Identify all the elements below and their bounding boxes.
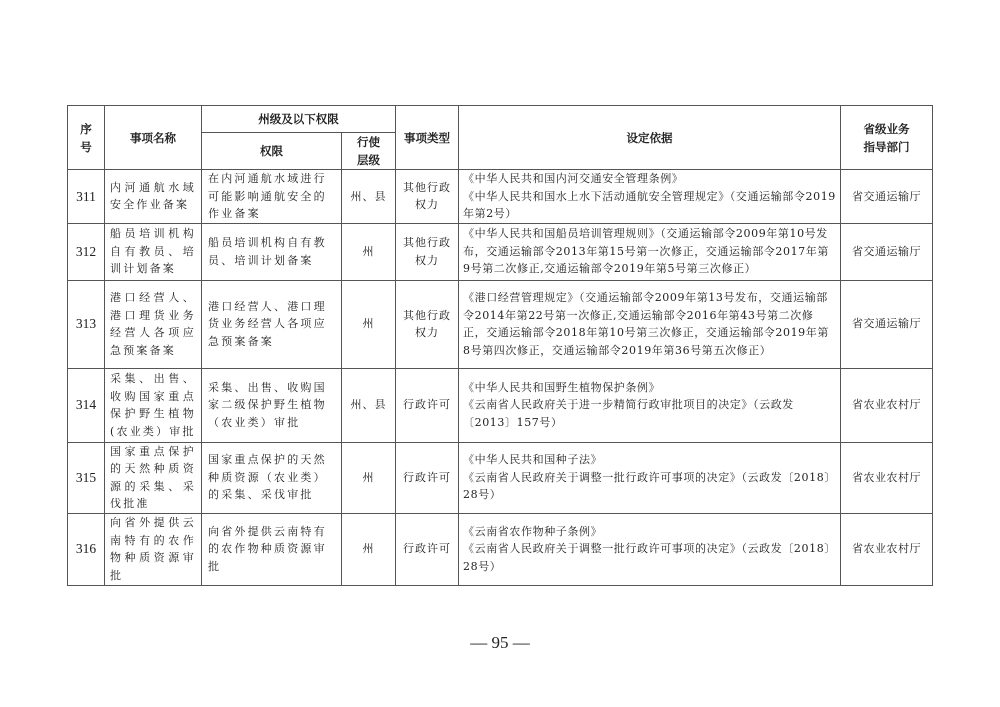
cell-type-line1: 其他行政 (396, 307, 458, 325)
cell-scope: 港口经营人、港口理货业务经营人各项应急预案备案 (202, 280, 342, 368)
table-row: 313 港口经营人、港口理货业务经营人各项应急预案备案 港口经营人、港口理货业务… (68, 280, 933, 368)
cell-type: 其他行政 权力 (396, 170, 459, 224)
header-level: 行使 层级 (342, 133, 396, 170)
cell-basis: 《云南省农作物种子条例》 《云南省人民政府关于调整一批行政许可事项的决定》（云政… (459, 513, 841, 585)
basis-line: 《中华人民共和国内河交通安全管理条例》 (463, 170, 836, 188)
header-dept: 省级业务 指导部门 (841, 106, 933, 170)
cell-basis: 《中华人民共和国内河交通安全管理条例》 《中华人民共和国水上水下活动通航安全管理… (459, 170, 841, 224)
table-row: 314 采集、出售、收购国家重点保护野生植物(农业类）审批 采集、出售、收购国家… (68, 368, 933, 442)
cell-type: 其他行政 权力 (396, 280, 459, 368)
cell-type-line1: 其他行政 (396, 179, 458, 197)
cell-dept: 省交通运输厅 (841, 223, 933, 280)
header-dept-line2: 指导部门 (841, 138, 932, 156)
cell-level: 州 (342, 223, 396, 280)
cell-level: 州 (342, 513, 396, 585)
basis-line: 《云南省农作物种子条例》 (463, 523, 836, 541)
table-row: 315 国家重点保护的天然种质资源的采集、采伐批准 国家重点保护的天然种质资源（… (68, 442, 933, 513)
cell-level: 州 (342, 280, 396, 368)
cell-type: 其他行政 权力 (396, 223, 459, 280)
header-seq-line1: 序 (68, 120, 104, 138)
header-level-line2: 层级 (342, 151, 395, 169)
header-dept-line1: 省级业务 (841, 120, 932, 138)
cell-basis: 《中华人民共和国野生植物保护条例》 《云南省人民政府关于进一步精简行政审批项目的… (459, 368, 841, 442)
basis-line: 《中华人民共和国船员培训管理规则》（交通运输部令2009年第10号发布，交通运输… (463, 225, 836, 278)
cell-type-line1: 行政许可 (396, 396, 458, 414)
cell-type-line2: 权力 (396, 196, 458, 214)
header-seq-line2: 号 (68, 138, 104, 156)
cell-scope: 向省外提供云南特有的农作物种质资源审批 (202, 513, 342, 585)
cell-basis: 《中华人民共和国种子法》 《云南省人民政府关于调整一批行政许可事项的决定》（云政… (459, 442, 841, 513)
cell-basis: 《港口经营管理规定》（交通运输部令2009年第13号发布，交通运输部令2014年… (459, 280, 841, 368)
header-name: 事项名称 (105, 106, 202, 170)
cell-dept: 省交通运输厅 (841, 170, 933, 224)
administrative-power-table: 序 号 事项名称 州级及以下权限 事项类型 设定依据 省级业务 指导部门 权限 … (67, 105, 933, 586)
cell-type-line2: 权力 (396, 252, 458, 270)
cell-level: 州 (342, 442, 396, 513)
cell-name: 国家重点保护的天然种质资源的采集、采伐批准 (105, 442, 202, 513)
cell-seq: 314 (68, 368, 105, 442)
basis-line: 《中华人民共和国野生植物保护条例》 (463, 379, 836, 397)
cell-type-line2: 权力 (396, 324, 458, 342)
cell-name: 采集、出售、收购国家重点保护野生植物(农业类）审批 (105, 368, 202, 442)
cell-type: 行政许可 (396, 513, 459, 585)
cell-level: 州、县 (342, 170, 396, 224)
cell-seq: 316 (68, 513, 105, 585)
header-type: 事项类型 (396, 106, 459, 170)
cell-dept: 省农业农村厅 (841, 513, 933, 585)
table-row: 312 船员培训机构自有教员、培训计划备案 船员培训机构自有教员、培训计划备案 … (68, 223, 933, 280)
header-scope: 权限 (202, 133, 342, 170)
header-group-prefecture-and-below: 州级及以下权限 (202, 106, 396, 133)
cell-dept: 省交通运输厅 (841, 280, 933, 368)
basis-line: 《云南省人民政府关于调整一批行政许可事项的决定》（云政发〔2018〕28号） (463, 540, 836, 575)
cell-seq: 311 (68, 170, 105, 224)
cell-type-line1: 行政许可 (396, 469, 458, 487)
cell-basis: 《中华人民共和国船员培训管理规则》（交通运输部令2009年第10号发布，交通运输… (459, 223, 841, 280)
cell-type-line1: 行政许可 (396, 540, 458, 558)
cell-seq: 313 (68, 280, 105, 368)
cell-dept: 省农业农村厅 (841, 368, 933, 442)
page-number: — 95 — (0, 633, 1000, 653)
cell-name: 向省外提供云南特有的农作物种质资源审批 (105, 513, 202, 585)
basis-line: 《中华人民共和国种子法》 (463, 451, 836, 469)
cell-type-line1: 其他行政 (396, 234, 458, 252)
basis-line: 《中华人民共和国水上水下活动通航安全管理规定》（交通运输部令2019年第2号） (463, 188, 836, 223)
header-basis: 设定依据 (459, 106, 841, 170)
cell-level: 州、县 (342, 368, 396, 442)
cell-scope: 采集、出售、收购国家二级保护野生植物（农业类）审批 (202, 368, 342, 442)
header-seq: 序 号 (68, 106, 105, 170)
cell-scope: 国家重点保护的天然种质资源（农业类）的采集、采伐审批 (202, 442, 342, 513)
cell-name: 港口经营人、港口理货业务经营人各项应急预案备案 (105, 280, 202, 368)
basis-line: 《云南省人民政府关于进一步精简行政审批项目的决定》（云政发〔2013〕157号） (463, 396, 836, 431)
basis-line: 《云南省人民政府关于调整一批行政许可事项的决定》（云政发〔2018〕28号） (463, 469, 836, 504)
table-row: 316 向省外提供云南特有的农作物种质资源审批 向省外提供云南特有的农作物种质资… (68, 513, 933, 585)
cell-seq: 312 (68, 223, 105, 280)
cell-scope: 在内河通航水域进行可能影响通航安全的作业备案 (202, 170, 342, 224)
table-row: 311 内河通航水域安全作业备案 在内河通航水域进行可能影响通航安全的作业备案 … (68, 170, 933, 224)
cell-seq: 315 (68, 442, 105, 513)
cell-dept: 省农业农村厅 (841, 442, 933, 513)
cell-type: 行政许可 (396, 442, 459, 513)
header-level-line1: 行使 (342, 133, 395, 151)
basis-line: 《港口经营管理规定》（交通运输部令2009年第13号发布，交通运输部令2014年… (463, 289, 836, 359)
cell-type: 行政许可 (396, 368, 459, 442)
cell-name: 船员培训机构自有教员、培训计划备案 (105, 223, 202, 280)
cell-name: 内河通航水域安全作业备案 (105, 170, 202, 224)
cell-scope: 船员培训机构自有教员、培训计划备案 (202, 223, 342, 280)
